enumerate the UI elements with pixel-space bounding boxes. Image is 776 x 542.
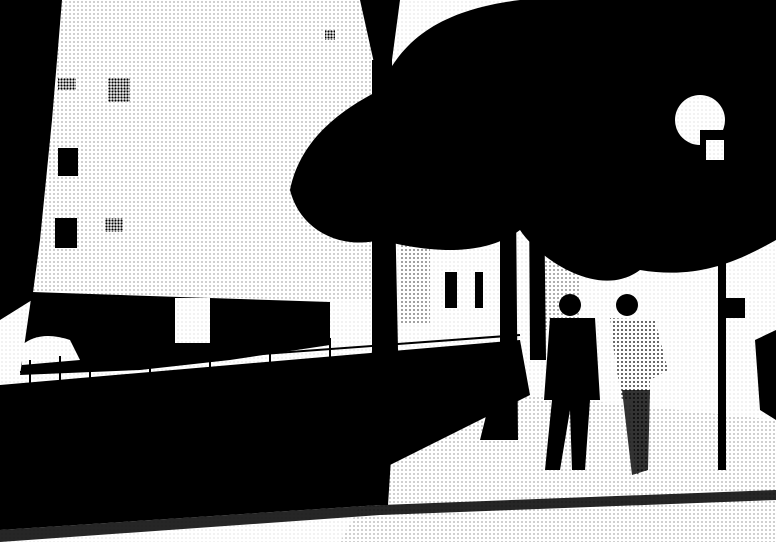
- truck-panel: [175, 298, 210, 343]
- window: [325, 30, 335, 40]
- window: [58, 78, 76, 90]
- window: [58, 148, 78, 176]
- window: [108, 78, 130, 102]
- window: [55, 218, 77, 248]
- street-photo: [0, 0, 776, 542]
- window: [105, 218, 123, 232]
